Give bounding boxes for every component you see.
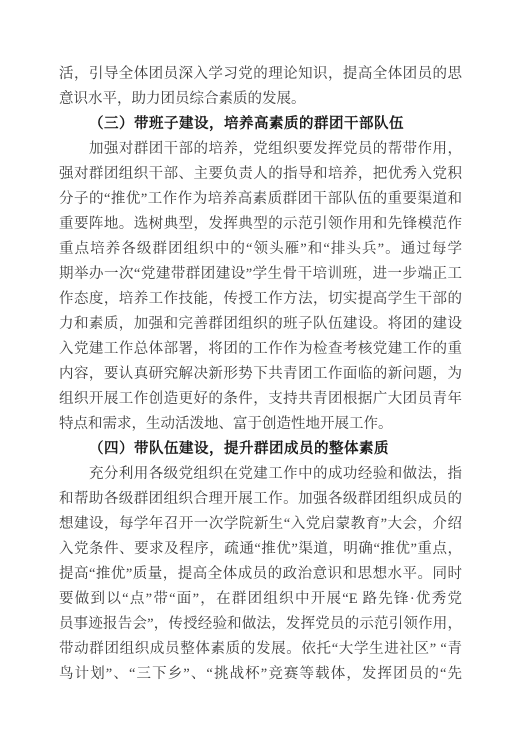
text-line: 内容，要认真研究解决新形势下共青团工作面临的新问题，为团	[59, 362, 462, 387]
text-line: 想建设，每学年召开一次学院新生“入党启蒙教育”大会，介绍	[59, 512, 462, 537]
text-line: 员事迹报告会”，传授经验和做法，发挥党员的示范引领作用，	[59, 612, 462, 637]
text-line: 重要阵地。选树典型，发挥典型的示范引领作用和先锋模范作用，	[59, 212, 462, 237]
text-line: 活，引导全体团员深入学习党的理论知识，提高全体团员的思想	[59, 62, 462, 87]
text-line: 力和素质，加强和完善群团组织的班子队伍建设。将团的建设纳	[59, 312, 462, 337]
text-line: 鸟计划”、“三下乡”、“挑战杯”竞赛等载体，发挥团员的“先	[59, 662, 462, 687]
text-line: 强对群团组织干部、主要负责人的指导和培养，把优秀入党积极	[59, 162, 462, 187]
text-line: 加强对群团干部的培养，党组织要发挥党员的帮带作用，加	[59, 137, 462, 162]
text-line: 要做到以“点”带“面”，在群团组织中开展“E 路先锋·优秀党	[59, 587, 462, 612]
text-line: 特点和需求，生动活泼地、富于创造性地开展工作。	[59, 412, 462, 437]
document-page: 活，引导全体团员深入学习党的理论知识，提高全体团员的思想 意识水平，助力团员综合…	[0, 0, 519, 740]
text-line: 意识水平，助力团员综合素质的发展。	[59, 87, 462, 112]
text-line: 入党建工作总体部署，将团的工作作为检查考核党建工作的重要	[59, 337, 462, 362]
text-line: 提高“推优”质量，提高全体成员的政治意识和思想水平。同时	[59, 562, 462, 587]
text-line: 充分利用各级党组织在党建工作中的成功经验和做法，指导	[59, 462, 462, 487]
section-heading-4: （四）带队伍建设，提升群团成员的整体素质	[59, 437, 462, 462]
text-line: 带动群团组织成员整体素质的发展。依托“大学生进社区” “青	[59, 637, 462, 662]
text-line: 分子的“推优”工作作为培养高素质群团干部队伍的重要渠道和	[59, 187, 462, 212]
text-line: 组织开展工作创造更好的条件，支持共青团根据广大团员青年的	[59, 387, 462, 412]
section-heading-3: （三）带班子建设，培养高素质的群团干部队伍	[59, 112, 462, 137]
text-line: 和帮助各级群团组织合理开展工作。加强各级群团组织成员的思	[59, 487, 462, 512]
page-body: 活，引导全体团员深入学习党的理论知识，提高全体团员的思想 意识水平，助力团员综合…	[59, 62, 462, 687]
text-line: 期举办一次“党建带群团建设”学生骨干培训班，进一步端正工	[59, 262, 462, 287]
text-line: 作态度，培养工作技能，传授工作方法，切实提高学生干部的能	[59, 287, 462, 312]
text-line: 入党条件、要求及程序，疏通“推优”渠道，明确“推优”重点，	[59, 537, 462, 562]
text-line: 重点培养各级群团组织中的“领头雁”和“排头兵”。通过每学	[59, 237, 462, 262]
